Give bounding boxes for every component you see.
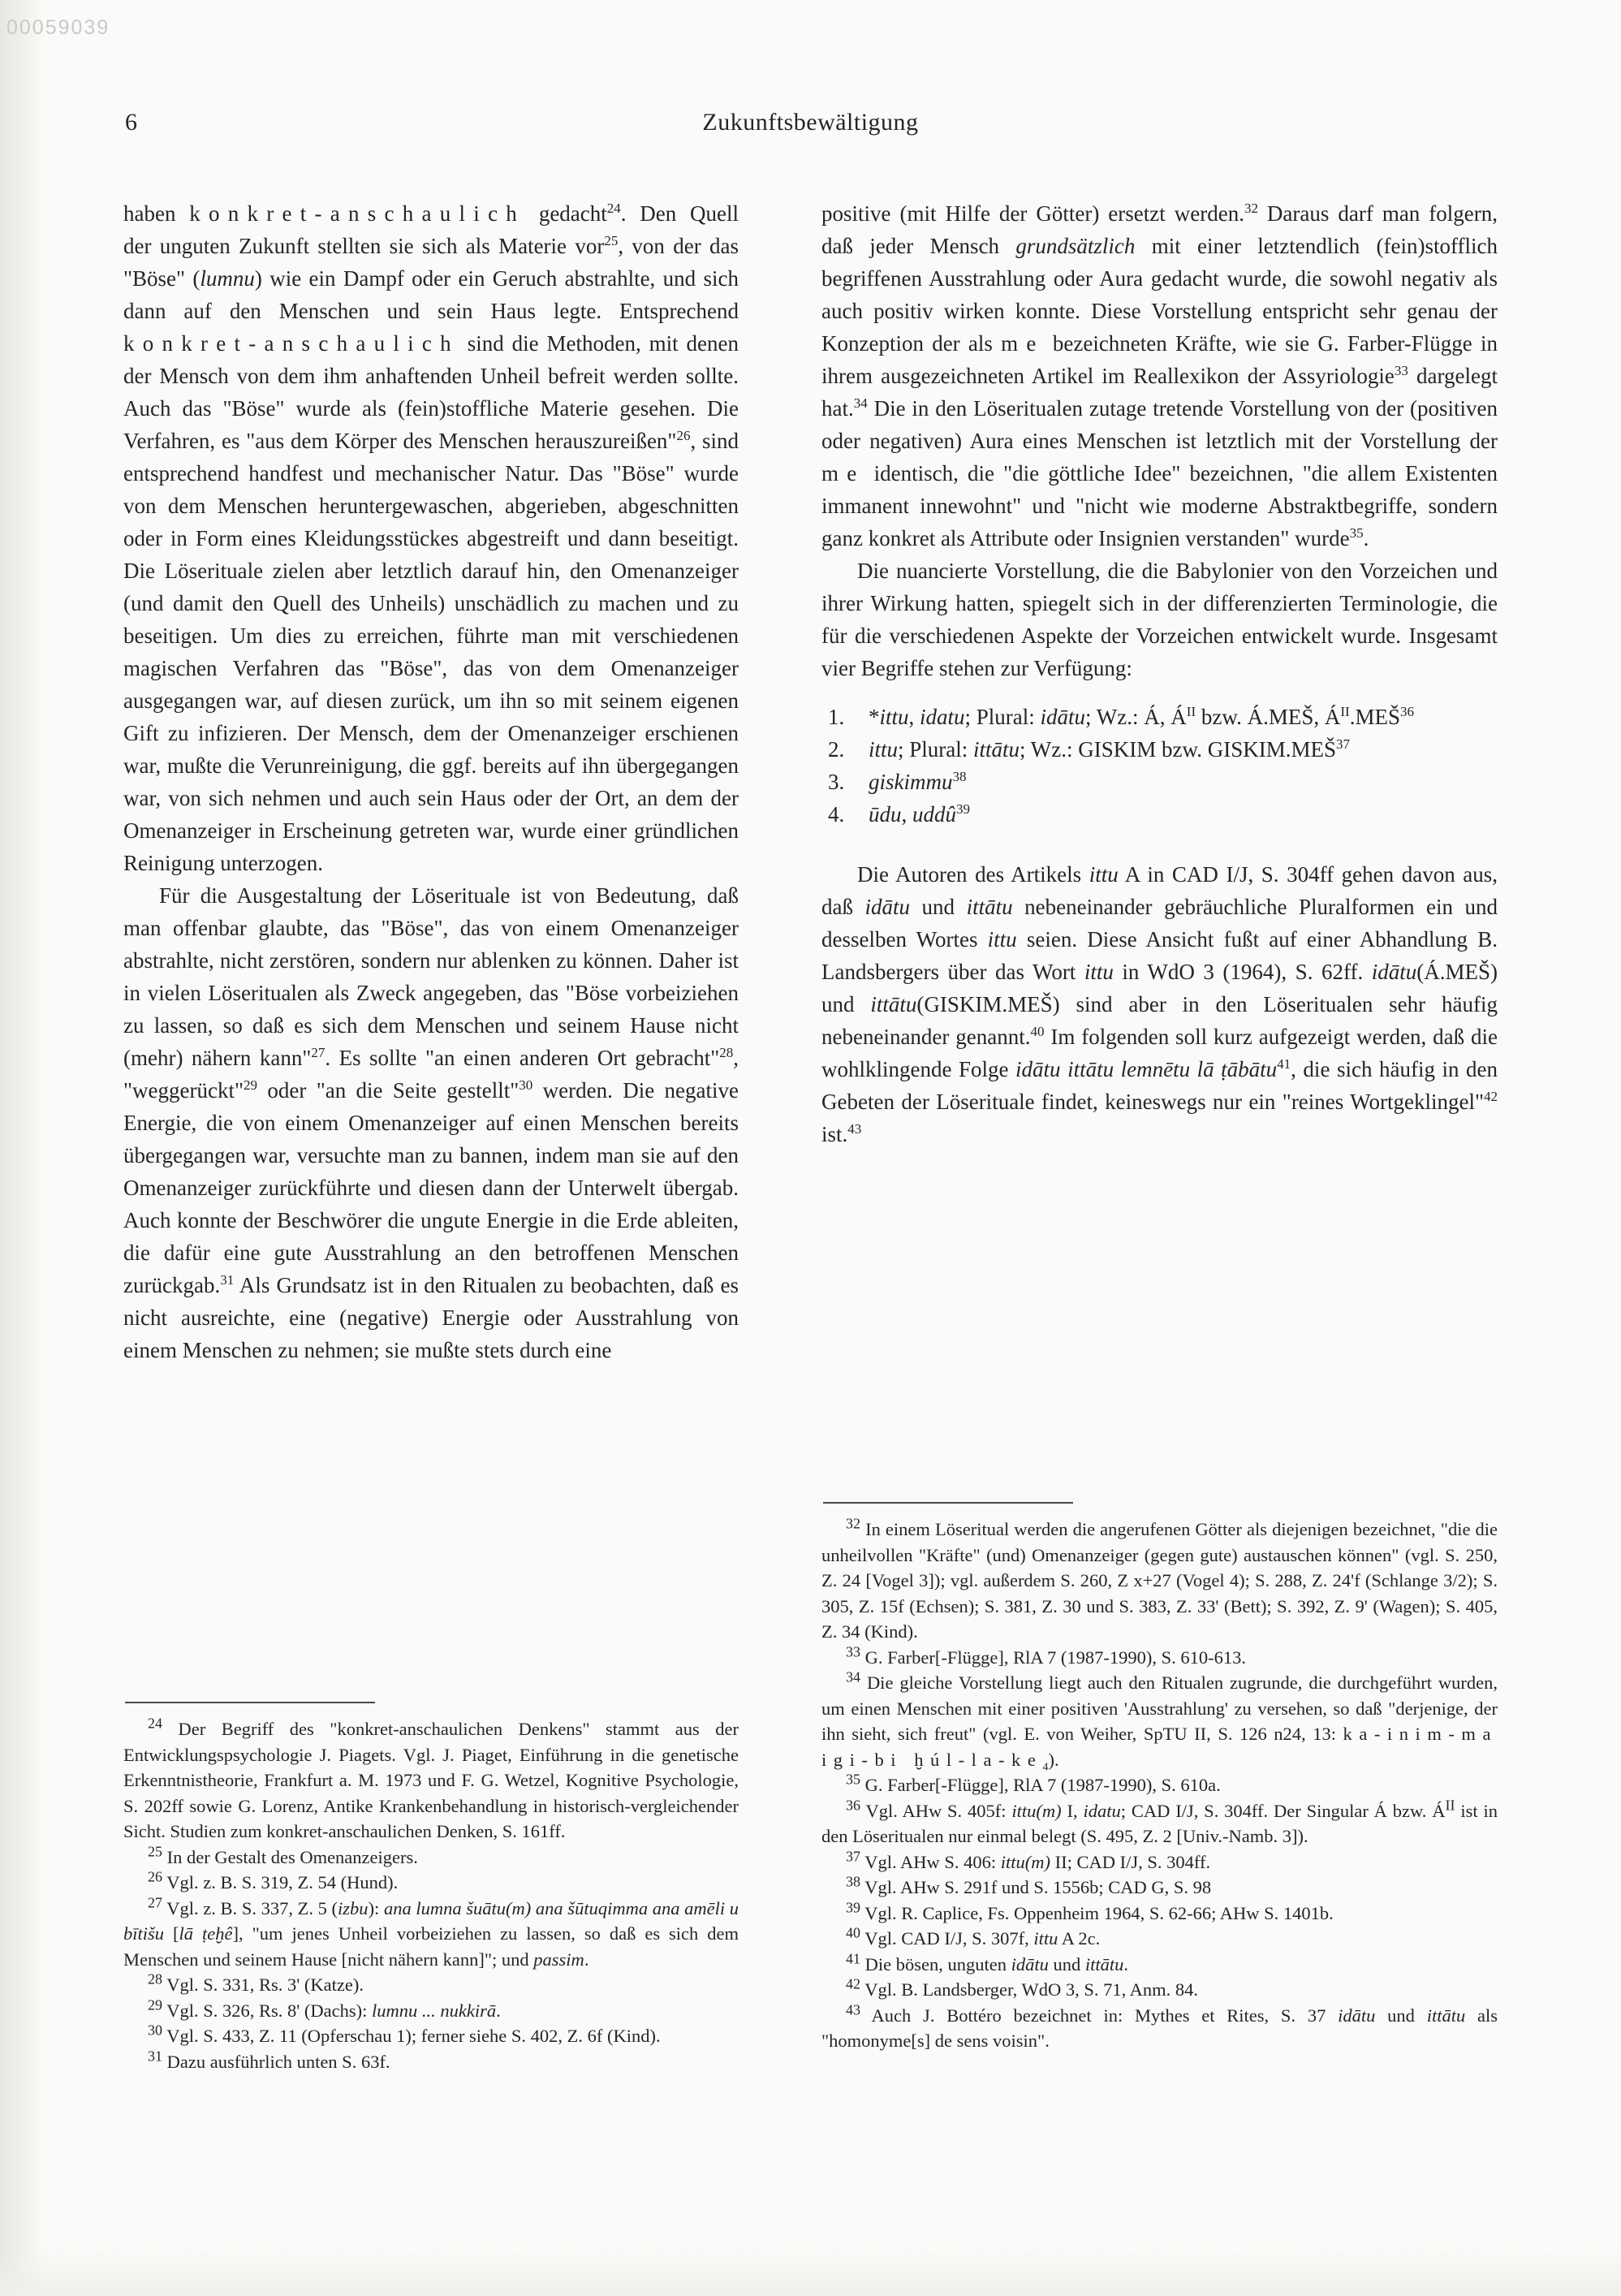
footnote-text: G. Farber[-Flügge], RlA 7 (1987-1990), S… xyxy=(865,1775,1221,1795)
footnote: 25 In der Gestalt des Omenanzeigers. xyxy=(123,1845,739,1871)
scan-watermark: 00059039 xyxy=(6,16,110,40)
footnote-text: Vgl. B. Landsberger, WdO 3, S. 71, Anm. … xyxy=(864,1979,1198,2000)
footnote-marker: 34 xyxy=(846,1669,860,1685)
footnote-text: In einem Löseritual werden die angerufen… xyxy=(821,1519,1498,1642)
body-paragraph: haben konkret-anschaulich gedacht24. Den… xyxy=(123,197,739,879)
footnote: 43 Auch J. Bottéro bezeichnet in: Mythes… xyxy=(821,2003,1498,2054)
footnote-marker: 26 xyxy=(148,1869,162,1885)
footnote-marker: 42 xyxy=(846,1976,860,1992)
footnote: 28 Vgl. S. 331, Rs. 3' (Katze). xyxy=(123,1972,739,1998)
footnote-text: Vgl. z. B. S. 319, Z. 54 (Hund). xyxy=(166,1872,398,1892)
footnote-text: Die gleiche Vorstellung liegt auch den R… xyxy=(821,1672,1498,1770)
footnote-marker: 35 xyxy=(846,1772,860,1788)
footnote-marker: 27 xyxy=(148,1894,162,1910)
list-text: ūdu, uddû39 xyxy=(869,802,970,826)
term-list: 1. *ittu, idatu; Plural: idātu; Wz.: Á, … xyxy=(821,701,1498,831)
footnote: 39 Vgl. R. Caplice, Fs. Oppenheim 1964, … xyxy=(821,1901,1498,1927)
list-item: 1. *ittu, idatu; Plural: idātu; Wz.: Á, … xyxy=(821,701,1498,733)
list-text: *ittu, idatu; Plural: idātu; Wz.: Á, ÁII… xyxy=(869,705,1414,729)
footnote-separator xyxy=(125,1702,375,1703)
footnote-text: Vgl. CAD I/J, S. 307f, ittu A 2c. xyxy=(864,1928,1100,1949)
footnote-text: Die bösen, unguten idātu und ittātu. xyxy=(865,1954,1128,1974)
left-column: haben konkret-anschaulich gedacht24. Den… xyxy=(123,197,739,1366)
footnote: 26 Vgl. z. B. S. 319, Z. 54 (Hund). xyxy=(123,1870,739,1896)
footnote-marker: 25 xyxy=(148,1843,162,1859)
body-paragraph: Für die Ausgestaltung der Löserituale is… xyxy=(123,879,739,1366)
footnote: 34 Die gleiche Vorstellung liegt auch de… xyxy=(821,1670,1498,1772)
footnote-marker: 36 xyxy=(846,1797,860,1813)
footnotes-right: 32 In einem Löseritual werden die angeru… xyxy=(821,1502,1498,2054)
footnote: 33 G. Farber[-Flügge], RlA 7 (1987-1990)… xyxy=(821,1645,1498,1671)
footnote-text: Vgl. AHw S. 291f und S. 1556b; CAD G, S.… xyxy=(864,1877,1211,1897)
footnote: 24 Der Begriff des "konkret-anschauliche… xyxy=(123,1716,739,1845)
footnote-marker: 40 xyxy=(846,1925,860,1941)
footnote: 31 Dazu ausführlich unten S. 63f. xyxy=(123,2049,739,2075)
footnote: 40 Vgl. CAD I/J, S. 307f, ittu A 2c. xyxy=(821,1926,1498,1952)
body-paragraph: Die nuancierte Vorstellung, die die Baby… xyxy=(821,555,1498,684)
footnote-marker: 39 xyxy=(846,1899,860,1915)
body-paragraph: positive (mit Hilfe der Götter) ersetzt … xyxy=(821,197,1498,555)
footnote-text: In der Gestalt des Omenanzeigers. xyxy=(167,1847,418,1867)
running-title: Zukunftsbewältigung xyxy=(0,109,1621,136)
footnote-text: Vgl. S. 331, Rs. 3' (Katze). xyxy=(166,1974,364,1995)
footnote: 27 Vgl. z. B. S. 337, Z. 5 (izbu): ana l… xyxy=(123,1896,739,1973)
footnote-marker: 24 xyxy=(148,1716,162,1732)
footnote-text: Vgl. z. B. S. 337, Z. 5 (izbu): ana lumn… xyxy=(123,1898,739,1970)
footnote-separator xyxy=(823,1502,1073,1504)
footnote-text: Auch J. Bottéro bezeichnet in: Mythes et… xyxy=(821,2005,1498,2052)
footnote-marker: 41 xyxy=(846,1950,860,1966)
list-text: giskimmu38 xyxy=(869,770,967,794)
body-paragraph: Die Autoren des Artikels ittu A in CAD I… xyxy=(821,858,1498,1150)
list-number: 4. xyxy=(828,798,844,831)
right-column: positive (mit Hilfe der Götter) ersetzt … xyxy=(821,197,1498,1150)
footnote-marker: 38 xyxy=(846,1874,860,1890)
footnote-marker: 32 xyxy=(846,1516,860,1532)
footnote-text: Vgl. AHw S. 405f: ittu(m) I, idatu; CAD … xyxy=(821,1801,1498,1847)
footnote: 37 Vgl. AHw S. 406: ittu(m) II; CAD I/J,… xyxy=(821,1849,1498,1875)
footnote-text: Vgl. AHw S. 406: ittu(m) II; CAD I/J, S.… xyxy=(864,1852,1210,1872)
footnote-text: Dazu ausführlich unten S. 63f. xyxy=(167,2052,390,2072)
footnote: 29 Vgl. S. 326, Rs. 8' (Dachs): lumnu ..… xyxy=(123,1998,739,2024)
footnote-marker: 29 xyxy=(148,1996,162,2013)
list-number: 2. xyxy=(828,733,844,766)
footnote: 30 Vgl. S. 433, Z. 11 (Opferschau 1); fe… xyxy=(123,2023,739,2049)
list-item: 4. ūdu, uddû39 xyxy=(821,798,1498,831)
list-number: 1. xyxy=(828,701,844,733)
list-number: 3. xyxy=(828,766,844,798)
footnote: 35 G. Farber[-Flügge], RlA 7 (1987-1990)… xyxy=(821,1772,1498,1798)
list-item: 3. giskimmu38 xyxy=(821,766,1498,798)
footnotes-left: 24 Der Begriff des "konkret-anschauliche… xyxy=(123,1702,739,2074)
footnote-marker: 37 xyxy=(846,1848,860,1864)
footnote: 32 In einem Löseritual werden die angeru… xyxy=(821,1517,1498,1645)
footnote-marker: 28 xyxy=(148,1971,162,1987)
scanned-book-page: 00059039 6 Zukunftsbewältigung haben kon… xyxy=(0,0,1621,2296)
footnote: 38 Vgl. AHw S. 291f und S. 1556b; CAD G,… xyxy=(821,1875,1498,1901)
footnote-text: Vgl. S. 433, Z. 11 (Opferschau 1); ferne… xyxy=(166,2026,660,2046)
footnote-marker: 30 xyxy=(148,2022,162,2039)
footnote-marker: 33 xyxy=(846,1643,860,1659)
footnote-text: Vgl. R. Caplice, Fs. Oppenheim 1964, S. … xyxy=(864,1903,1334,1923)
list-item: 2. ittu; Plural: ittātu; Wz.: GISKIM bzw… xyxy=(821,733,1498,766)
footnote-marker: 31 xyxy=(148,2048,162,2064)
footnote: 41 Die bösen, unguten idātu und ittātu. xyxy=(821,1952,1498,1978)
footnote-marker: 43 xyxy=(846,2001,860,2018)
footnote-text: Vgl. S. 326, Rs. 8' (Dachs): lumnu ... n… xyxy=(166,2000,501,2021)
footnote-text: Der Begriff des "konkret-anschaulichen D… xyxy=(123,1719,739,1841)
list-text: ittu; Plural: ittātu; Wz.: GISKIM bzw. G… xyxy=(869,737,1350,762)
footnote: 42 Vgl. B. Landsberger, WdO 3, S. 71, An… xyxy=(821,1977,1498,2003)
footnote-text: G. Farber[-Flügge], RlA 7 (1987-1990), S… xyxy=(865,1647,1246,1668)
footnote: 36 Vgl. AHw S. 405f: ittu(m) I, idatu; C… xyxy=(821,1798,1498,1849)
